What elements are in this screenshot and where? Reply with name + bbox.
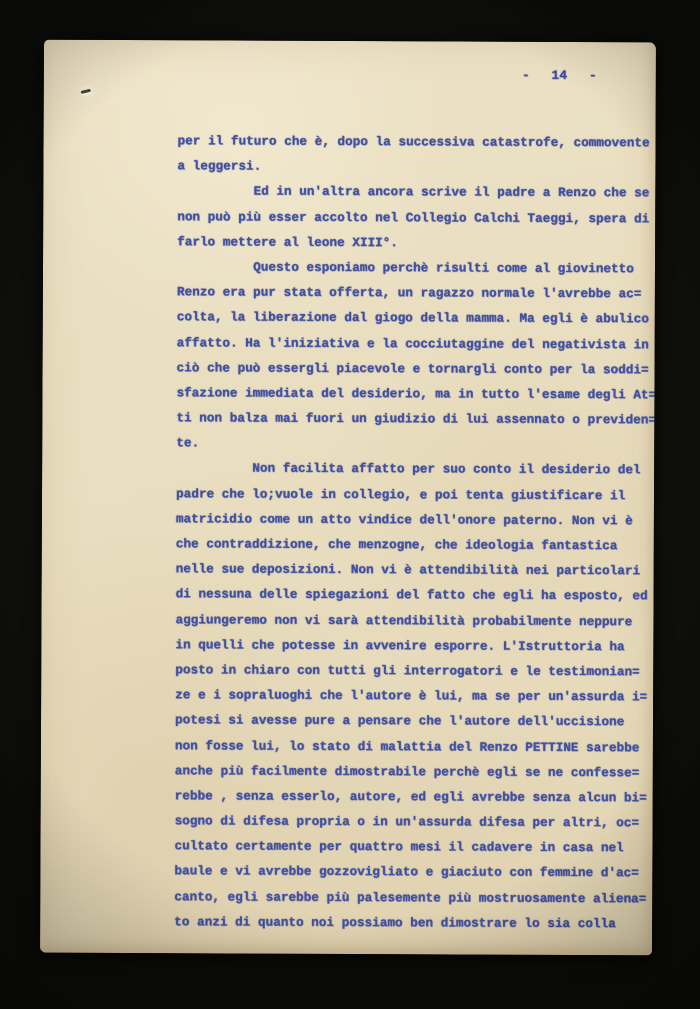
text-line: a leggersi. <box>177 153 656 180</box>
scan-backdrop: - 14 - per il futuro che è, dopo la succ… <box>0 0 700 1009</box>
text-line: affatto. Ha l'iniziativa e la cocciutagg… <box>177 330 656 357</box>
text-line: ti non balza mai fuori un giudizio di lu… <box>176 405 656 432</box>
text-line: te. <box>176 431 656 458</box>
text-line: colta, la liberazione dal giogo della ma… <box>177 305 656 332</box>
document-page: - 14 - per il futuro che è, dopo la succ… <box>40 40 656 956</box>
text-line: per il futuro che è, dopo la successiva … <box>177 128 655 155</box>
text-line: Renzo era pur stata offerta, un ragazzo … <box>177 279 656 306</box>
text-line: non fosse lui, lo stato di malattia del … <box>175 733 656 760</box>
text-line: cultato certamente per quattro mesi il c… <box>174 833 656 860</box>
text-line: to anzi di quanto noi possiamo ben dimos… <box>174 909 656 936</box>
text-line: anche più facilmente dimostrabile perchè… <box>175 758 656 785</box>
text-line: canto, egli sarebbe più palesemente più … <box>174 884 656 911</box>
text-line: Non facilita affatto per suo conto il de… <box>176 456 656 483</box>
text-line: padre che lo;vuole in collegio, e poi te… <box>176 481 656 508</box>
text-line: sogno di difesa propria o in un'assurda … <box>175 808 656 835</box>
text-line: ze e i sopraluoghi che l'autore è lui, m… <box>175 682 656 709</box>
text-line: Ed in un'altra ancora scrive il padre a … <box>177 179 656 206</box>
text-line: matricidio come un atto vindice dell'ono… <box>176 506 656 533</box>
text-line: farlo mettere al leone XIII°. <box>177 229 656 256</box>
text-line: in quelli che potesse in avvenire esporr… <box>175 632 656 659</box>
text-line: sfazione immediata del desiderio, ma in … <box>176 380 656 407</box>
text-line: di nessuna delle spiegazioni del fatto c… <box>176 582 656 609</box>
text-line: Questo esponiamo perchè risulti come al … <box>177 254 656 281</box>
text-line: nelle sue deposizioni. Non vi è attendib… <box>176 556 656 583</box>
text-line: che contraddizione, che menzogne, che id… <box>176 531 656 558</box>
text-line: aggiungeremo non vi sarà attendibilità p… <box>175 607 656 634</box>
text-line: rebbe , senza esserlo, autore, ed egli a… <box>175 783 656 810</box>
text-line: potesi si avesse pure a pensare che l'au… <box>175 708 656 735</box>
page-number: - 14 - <box>522 68 597 83</box>
text-line: baule e vi avrebbe gozzovigliato e giaci… <box>174 859 656 886</box>
text-line: posto in chiaro con tutti gli interrogat… <box>175 657 656 684</box>
text-line: non può più esser accolto nel Collegio C… <box>177 204 656 231</box>
text-line: ciò che può essergli piacevole e tornarg… <box>177 355 656 382</box>
typewritten-text: per il futuro che è, dopo la successiva … <box>174 128 656 936</box>
paper-blemish <box>74 82 102 100</box>
